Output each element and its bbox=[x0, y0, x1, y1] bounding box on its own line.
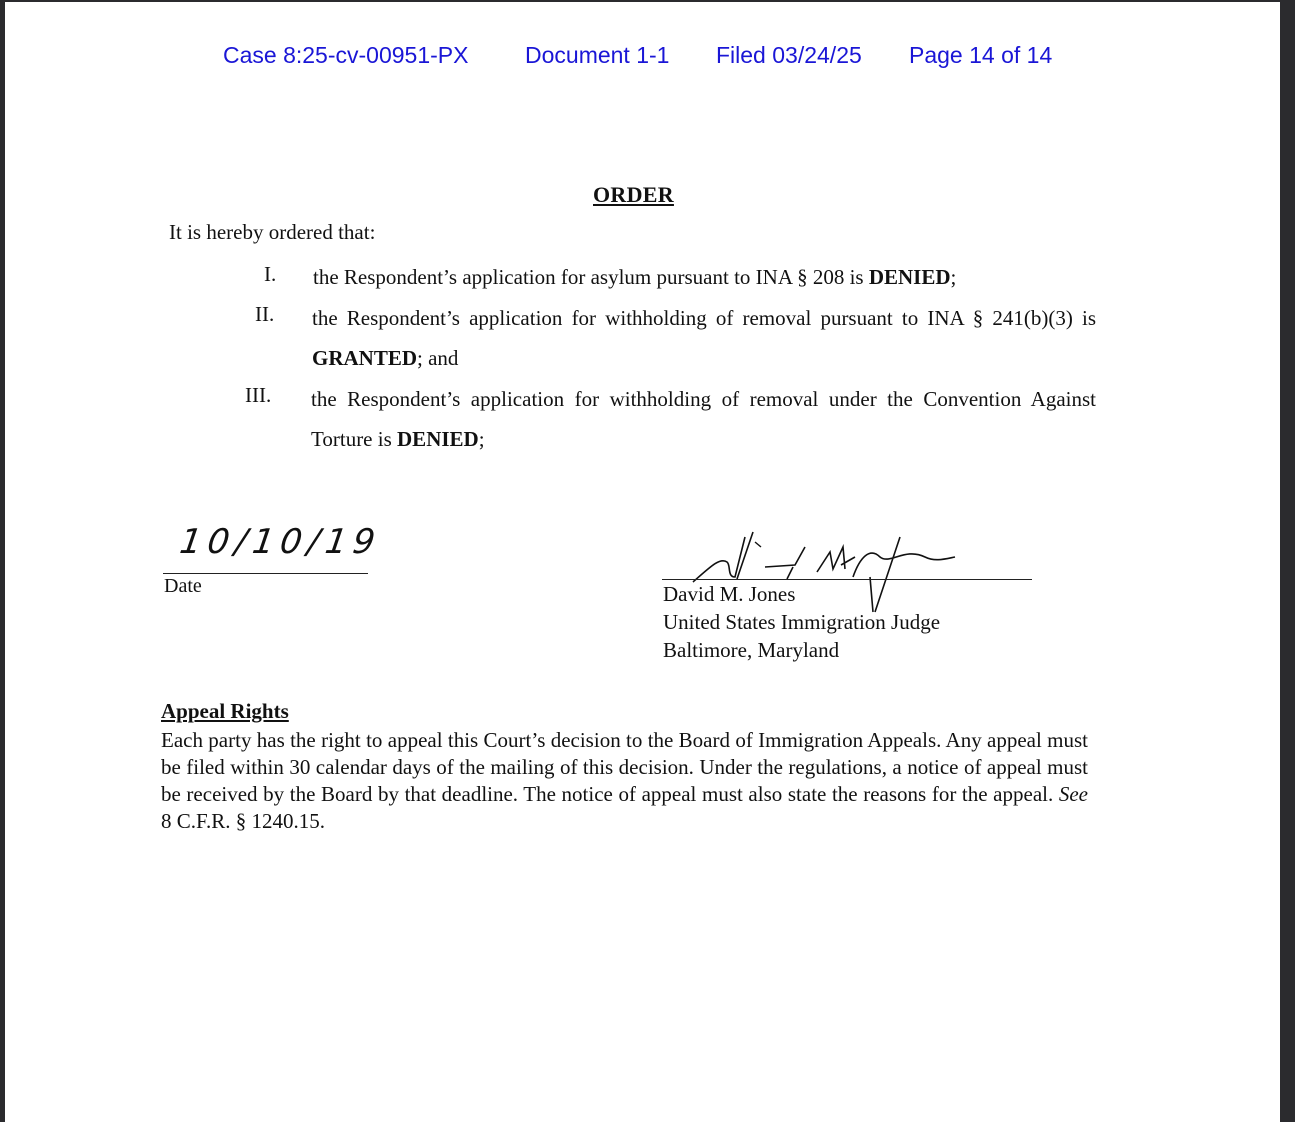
order-heading: ORDER bbox=[593, 182, 674, 208]
order-item-text: the Respondent’s application for withhol… bbox=[312, 306, 1096, 330]
page-number: Page 14 of 14 bbox=[909, 42, 1052, 69]
appeal-rights-heading: Appeal Rights bbox=[161, 699, 289, 724]
order-item-withholding: the Respondent’s application for withhol… bbox=[312, 298, 1096, 378]
order-item-numeral: II. bbox=[255, 302, 274, 327]
order-item-numeral: III. bbox=[245, 383, 271, 408]
decision-granted: GRANTED bbox=[312, 346, 417, 370]
handwritten-date: 10/10/19 bbox=[177, 522, 383, 562]
order-item-numeral: I. bbox=[264, 262, 276, 287]
document-number: Document 1-1 bbox=[525, 42, 669, 69]
signature-block: David M. Jones United States Immigration… bbox=[663, 580, 940, 664]
cfr-citation: 8 C.F.R. § 1240.15. bbox=[161, 809, 325, 833]
decision-denied: DENIED bbox=[869, 265, 951, 289]
judge-title: United States Immigration Judge bbox=[663, 608, 940, 636]
court-location: Baltimore, Maryland bbox=[663, 636, 940, 664]
case-number: Case 8:25-cv-00951-PX bbox=[223, 42, 468, 69]
order-item-punct: ; and bbox=[417, 346, 458, 370]
judge-name: David M. Jones bbox=[663, 580, 940, 608]
decision-denied: DENIED bbox=[397, 427, 479, 451]
order-intro: It is hereby ordered that: bbox=[169, 220, 375, 245]
filed-date: Filed 03/24/25 bbox=[716, 42, 862, 69]
order-item-asylum: the Respondent’s application for asylum … bbox=[313, 257, 1103, 297]
date-line bbox=[163, 573, 368, 574]
see-signal: See bbox=[1059, 782, 1088, 806]
order-item-text: the Respondent’s application for asylum … bbox=[313, 265, 869, 289]
appeal-rights-text: Each party has the right to appeal this … bbox=[161, 727, 1088, 835]
order-item-cat: the Respondent’s application for withhol… bbox=[311, 379, 1096, 459]
order-item-punct: ; bbox=[951, 265, 957, 289]
document-page: Case 8:25-cv-00951-PX Document 1-1 Filed… bbox=[5, 2, 1280, 1122]
appeal-body: Each party has the right to appeal this … bbox=[161, 728, 1088, 806]
order-item-punct: ; bbox=[479, 427, 485, 451]
date-label: Date bbox=[164, 575, 202, 598]
